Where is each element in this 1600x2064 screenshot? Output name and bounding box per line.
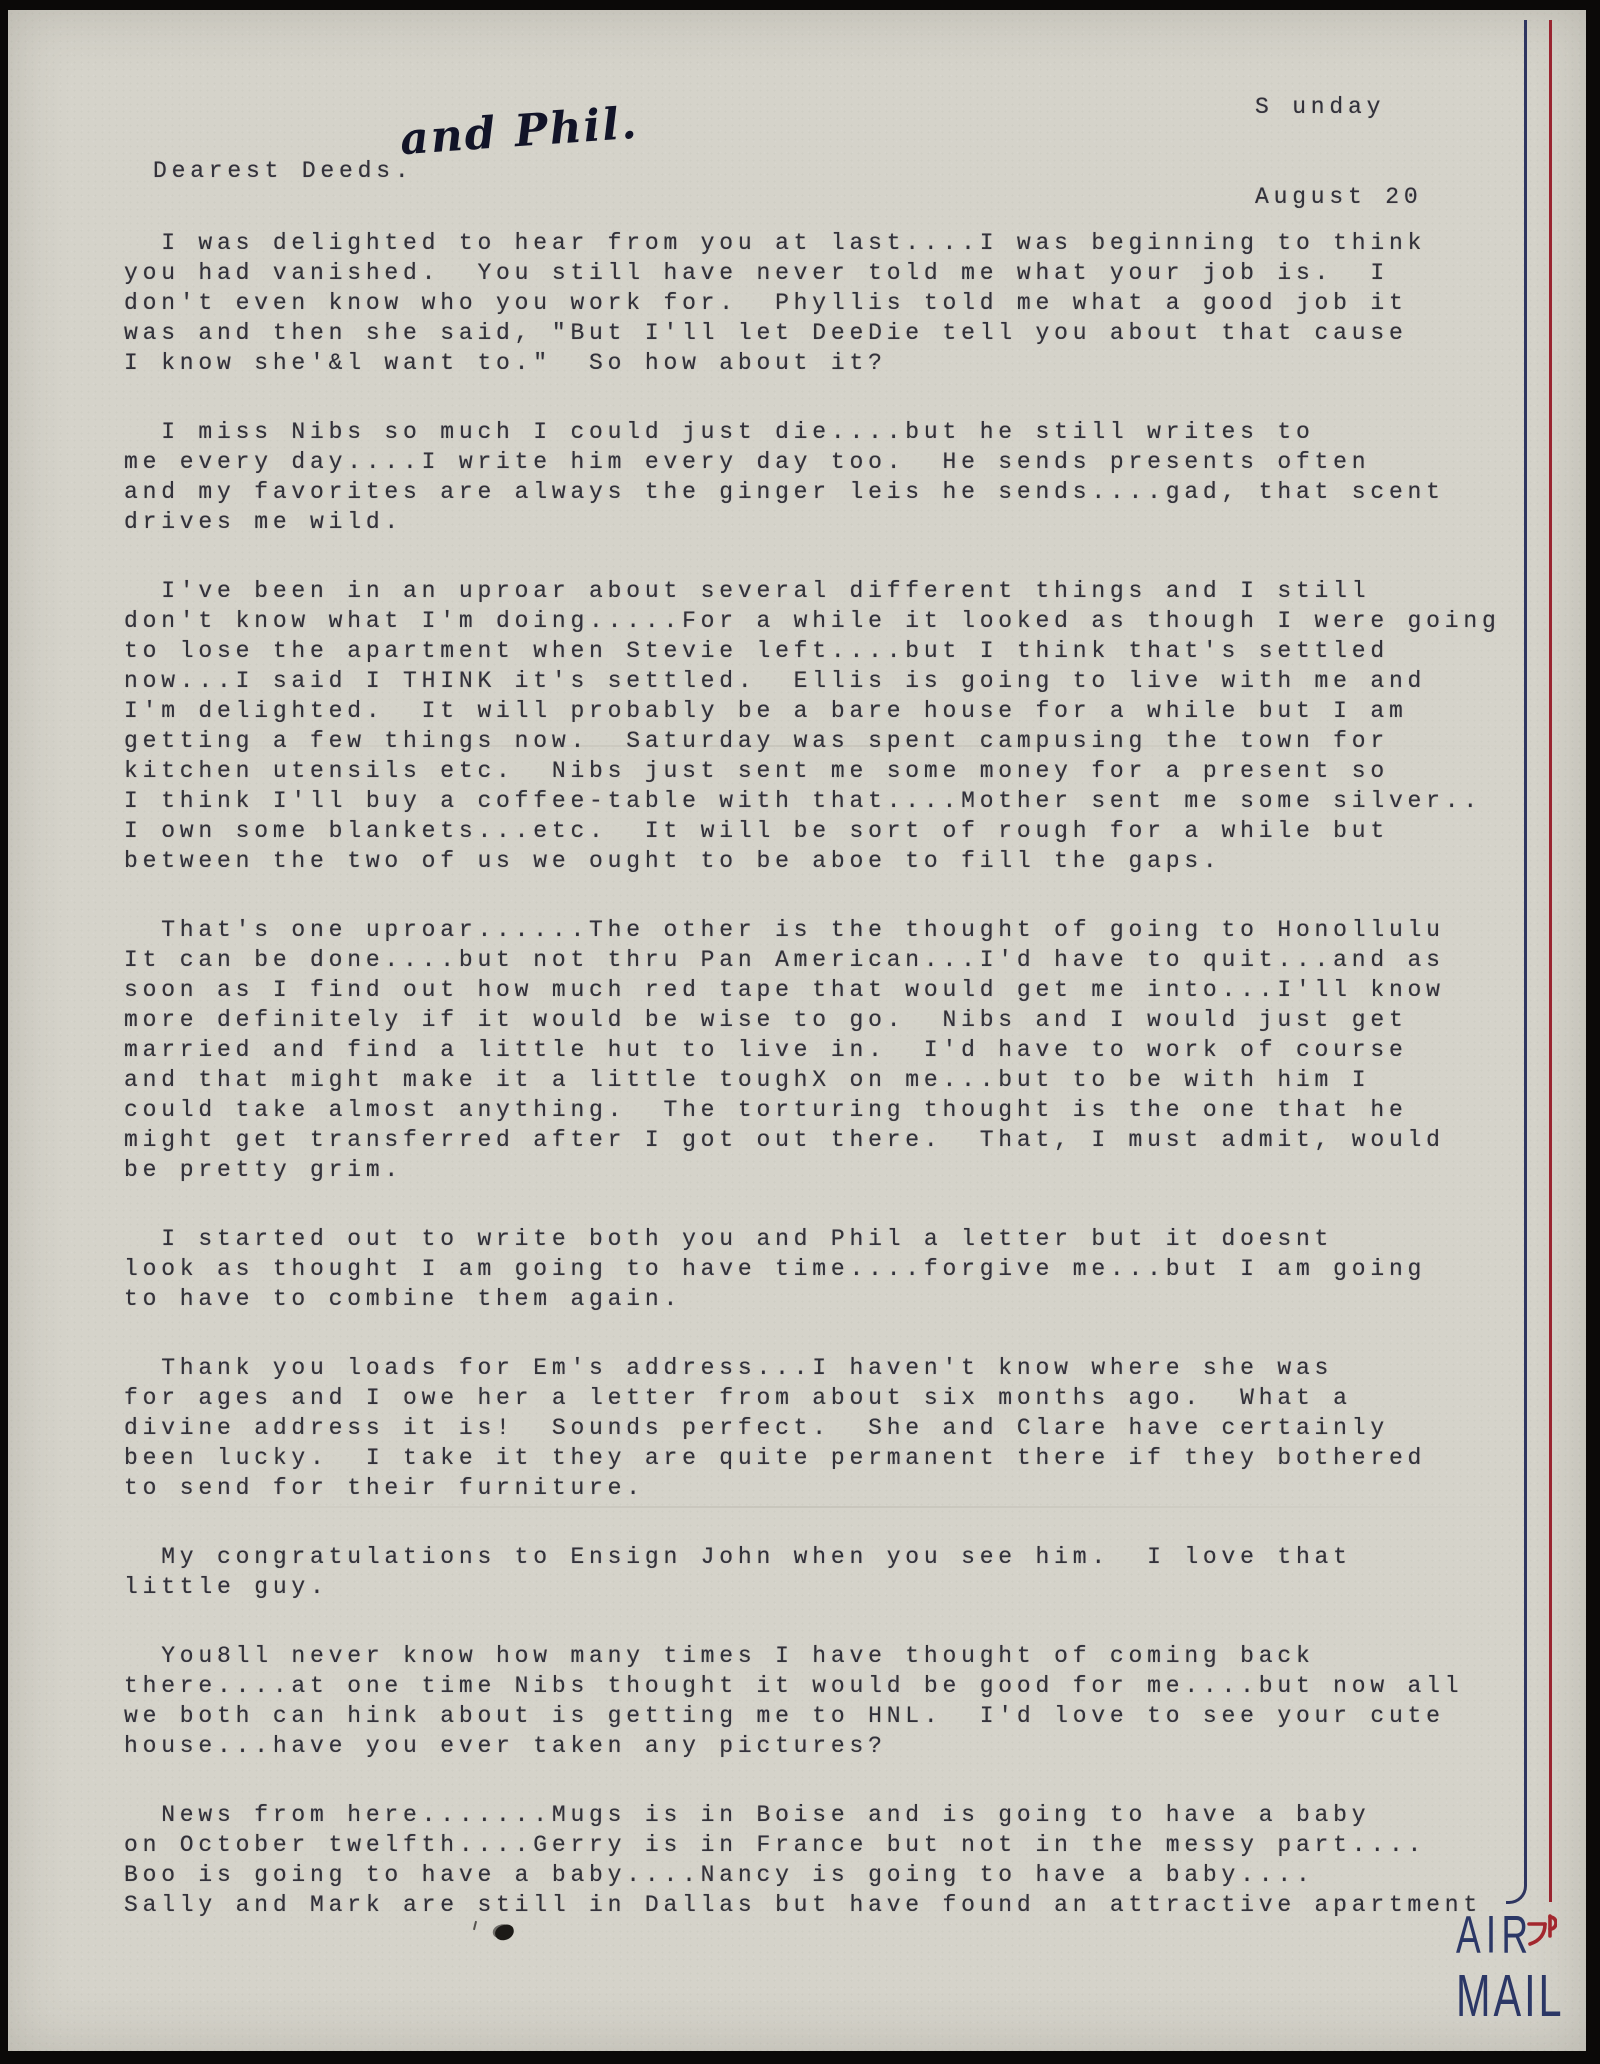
- letter-paragraph: My congratulations to Ensign John when y…: [124, 1542, 1501, 1602]
- salutation-handwritten-annotation: and Phil.: [399, 98, 640, 166]
- airmail-border-red-line: [1549, 20, 1552, 1902]
- scan-background: S unday August 20 Dearest Deeds. and Phi…: [0, 0, 1600, 2064]
- airmail-border-blue-line: [1524, 20, 1527, 1878]
- letter-body: I was delighted to hear from you at last…: [124, 228, 1501, 1959]
- letter-paragraph: News from here.......Mugs is in Boise an…: [124, 1800, 1501, 1920]
- letter-paragraph: I was delighted to hear from you at last…: [124, 228, 1501, 378]
- letter-paragraph: Thank you loads for Em's address...I hav…: [124, 1353, 1501, 1503]
- letter-page: S unday August 20 Dearest Deeds. and Phi…: [8, 10, 1586, 2051]
- letter-paragraph: You8ll never know how many times I have …: [124, 1641, 1501, 1761]
- letter-paragraph: I've been in an uproar about several dif…: [124, 576, 1501, 876]
- salutation: Dearest Deeds.: [153, 156, 413, 186]
- blue-line-bottom-hook: [1506, 1860, 1527, 1904]
- date-line-month: August 20: [1255, 182, 1422, 212]
- airmail-word-mail: MAIL: [1456, 1966, 1565, 2025]
- letter-paragraph: That's one uproar......The other is the …: [124, 915, 1501, 1185]
- letter-paragraph: I started out to write both you and Phil…: [124, 1224, 1501, 1314]
- airmail-stamp-icon: [1527, 1913, 1557, 1954]
- date-line-day: S unday: [1255, 92, 1422, 122]
- letter-paragraph: I miss Nibs so much I could just die....…: [124, 417, 1501, 537]
